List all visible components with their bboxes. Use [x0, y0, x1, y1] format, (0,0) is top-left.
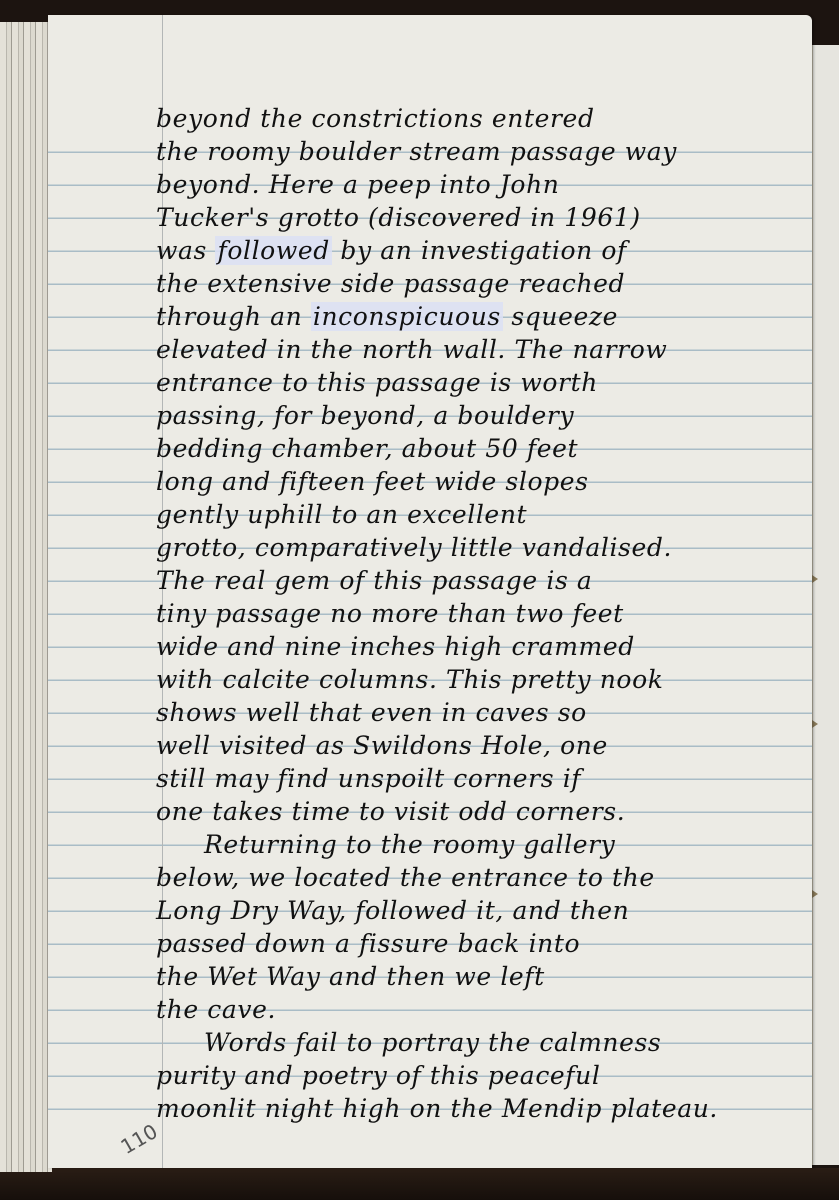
text-fragment: through an [156, 302, 311, 331]
text-line: entrance to this passage is worth [156, 366, 806, 399]
text-line: Long Dry Way, followed it, and then [156, 894, 806, 927]
text-line: below, we located the entrance to the [156, 861, 806, 894]
text-line: The real gem of this passage is a [156, 564, 806, 597]
text-line: bedding chamber, about 50 feet [156, 432, 806, 465]
text-line: tiny passage no more than two feet [156, 597, 806, 630]
text-line: grotto, comparatively little vandalised. [156, 531, 806, 564]
text-line: the roomy boulder stream passage way [156, 135, 806, 168]
text-line: elevated in the north wall. The narrow [156, 333, 806, 366]
text-line-with-highlight: through an inconspicuous squeeze [156, 300, 806, 333]
text-line: gently uphill to an excellent [156, 498, 806, 531]
text-line: beyond. Here a peep into John [156, 168, 806, 201]
text-line: well visited as Swildons Hole, one [156, 729, 806, 762]
text-line: moonlit night high on the Mendip plateau… [156, 1092, 806, 1125]
handwritten-text: beyond the constrictions entered the roo… [156, 102, 806, 1125]
text-fragment: by an investigation of [332, 236, 627, 265]
text-line: beyond the constrictions entered [156, 102, 806, 135]
notebook-page: beyond the constrictions entered the roo… [48, 15, 812, 1168]
text-line: passing, for beyond, a bouldery [156, 399, 806, 432]
text-line: long and fifteen feet wide slopes [156, 465, 806, 498]
paragraph-start-line: Words fail to portray the calmness [156, 1026, 806, 1059]
text-line: one takes time to visit odd corners. [156, 795, 806, 828]
text-line: wide and nine inches high crammed [156, 630, 806, 663]
text-fragment: was [156, 236, 215, 265]
desk-surface [0, 1168, 839, 1200]
text-line: with calcite columns. This pretty nook [156, 663, 806, 696]
text-line-with-highlight: was followed by an investigation of [156, 234, 806, 267]
page-stack-edges [0, 22, 52, 1172]
text-line: still may find unspoilt corners if [156, 762, 806, 795]
highlighted-word: inconspicuous [311, 302, 503, 331]
text-line: the extensive side passage reached [156, 267, 806, 300]
paragraph-start-line: Returning to the roomy gallery [156, 828, 806, 861]
highlighted-word: followed [215, 236, 331, 265]
next-page-edge [812, 45, 839, 1165]
text-fragment: squeeze [503, 302, 618, 331]
text-line: purity and poetry of this peaceful [156, 1059, 806, 1092]
text-line: shows well that even in caves so [156, 696, 806, 729]
text-line: the Wet Way and then we left [156, 960, 806, 993]
text-line: the cave. [156, 993, 806, 1026]
notebook-scene: beyond the constrictions entered the roo… [0, 0, 839, 1200]
text-line: passed down a fissure back into [156, 927, 806, 960]
text-line: Tucker's grotto (discovered in 1961) [156, 201, 806, 234]
